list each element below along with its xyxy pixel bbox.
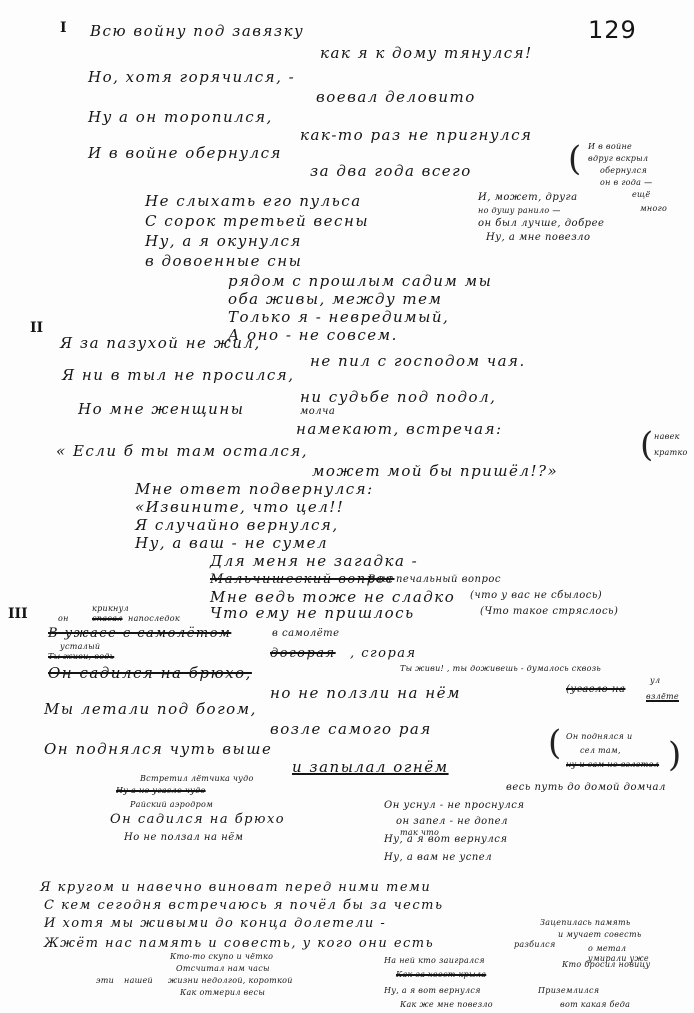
side-line: На ней кто заигрался bbox=[384, 956, 485, 965]
line: «Извините, что цел!! bbox=[135, 498, 344, 516]
annotation: он bbox=[58, 614, 69, 623]
margin-note: И, может, друга bbox=[478, 192, 578, 203]
line: Ну, а я окунулся bbox=[145, 232, 302, 250]
margin-note: И в войне bbox=[588, 142, 632, 151]
line: Ваш печальный вопрос bbox=[368, 574, 501, 585]
line: оба живы, между тем bbox=[228, 290, 442, 308]
annotation: Ну а не угасло чудо bbox=[116, 786, 206, 795]
margin-note: ещё bbox=[632, 190, 650, 199]
line: намекают, встречая: bbox=[296, 420, 503, 438]
line: « Если б ты там остался, bbox=[56, 442, 308, 460]
annotation: напоследок bbox=[128, 614, 180, 623]
line: С кем сегодня встречаюсь я почёл бы за ч… bbox=[44, 898, 444, 913]
annotation: Ты живи, ведь bbox=[48, 652, 114, 661]
side-line: Как отмерил весы bbox=[180, 988, 265, 997]
line: молча bbox=[300, 406, 335, 417]
annotation: усталый bbox=[60, 642, 100, 651]
side-line: Ну, а я вот вернулся bbox=[384, 986, 481, 995]
margin-note: много bbox=[640, 204, 667, 213]
side-line: Зацепилась память bbox=[540, 918, 631, 927]
side-line: эти bbox=[96, 976, 114, 985]
margin-note: Он поднялся и bbox=[566, 732, 632, 741]
line: Для меня не загадка - bbox=[210, 552, 418, 570]
section-marker-2: II bbox=[30, 320, 43, 336]
annotation: Райский аэродром bbox=[130, 800, 213, 809]
margin-note: но душу ранило — bbox=[478, 206, 561, 215]
side-line: и мучает совесть bbox=[558, 930, 642, 939]
line: Ну а он торопился, bbox=[88, 108, 273, 126]
struck-line: В ужасе с самолётом bbox=[48, 626, 231, 641]
line: Но мне женщины bbox=[78, 400, 244, 418]
margin-note: Ну, а мне повезло bbox=[486, 232, 591, 243]
line: Я за пазухой не жил, bbox=[60, 334, 261, 352]
side-line: Отсчитал нам часы bbox=[176, 964, 270, 973]
line: С сорок третьей весны bbox=[145, 212, 369, 230]
side-line: вот какая беда bbox=[560, 1000, 630, 1009]
side-line: жизни недолгой, короткой bbox=[168, 976, 293, 985]
line: И в войне обернулся bbox=[88, 144, 282, 162]
line: Но не ползал на нём bbox=[124, 832, 243, 843]
line: Он поднялся чуть выше bbox=[44, 740, 272, 758]
struck-line: Мальчишеский вопрос bbox=[210, 572, 395, 587]
line: Он уснул - не проснулся bbox=[384, 800, 524, 811]
line: и запылал огнём bbox=[292, 758, 449, 776]
line: , сгорая bbox=[350, 646, 417, 661]
line: Мы летали под богом, bbox=[44, 700, 257, 718]
side-line: Приземлился bbox=[538, 986, 599, 995]
line: он запел - не допел bbox=[396, 816, 508, 827]
margin-note: (Что такое стряслось) bbox=[480, 606, 618, 617]
side-line: разбился bbox=[514, 940, 556, 949]
line: Он садился на брюхо bbox=[110, 812, 285, 827]
margin-note: он был лучше, добрее bbox=[478, 218, 604, 229]
line: Всю войну под завязку bbox=[90, 22, 304, 40]
line: но не ползли на нём bbox=[270, 684, 461, 702]
annotation: Ты живи! , ты доживешь - думалось сквозь bbox=[400, 664, 601, 673]
section-marker-1: I bbox=[60, 20, 67, 36]
margin-note: (что у вас не сбылось) bbox=[470, 590, 602, 601]
annotation: ул bbox=[650, 676, 660, 685]
margin-note: кратко bbox=[654, 448, 688, 457]
line: Я ни в тыл не просился, bbox=[62, 366, 294, 384]
line: Не слыхать его пульса bbox=[145, 192, 362, 210]
annotation: (угасло на bbox=[566, 684, 625, 695]
line: как-то раз не пригнулся bbox=[300, 126, 532, 144]
margin-note: вдруг вскрыл bbox=[588, 154, 648, 163]
side-line: умирали уже bbox=[588, 954, 649, 963]
line: Ну, а вам не успел bbox=[384, 852, 492, 863]
line: Что ему не пришлось bbox=[210, 604, 415, 622]
margin-note: он в года — bbox=[600, 178, 652, 187]
line: Ну, а ваш - не сумел bbox=[135, 534, 328, 552]
side-line: о метал bbox=[588, 944, 626, 953]
line: как я к дому тянулся! bbox=[320, 44, 533, 62]
line: ни судьбе под подол, bbox=[300, 388, 496, 406]
margin-note: ну и сам не взлетел bbox=[566, 760, 659, 769]
struck-line: догорая bbox=[270, 646, 336, 661]
margin-note: обернулся bbox=[600, 166, 647, 175]
side-line: Как за хвост крыла bbox=[396, 970, 486, 979]
line: за два года всего bbox=[310, 162, 472, 180]
line: Я случайно вернулся, bbox=[135, 516, 339, 534]
line: в довоенные сны bbox=[145, 252, 302, 270]
line: Я кругом и навечно виноват перед ними те… bbox=[40, 880, 431, 895]
struck-line: Он садился на брюхо, bbox=[48, 664, 252, 682]
line: Мне ответ подвернулся: bbox=[135, 480, 374, 498]
line: И хотя мы живыми до конца долетели - bbox=[44, 916, 386, 931]
line: возле самого рая bbox=[270, 720, 432, 738]
annotation: Встретил лётчика чудо bbox=[140, 774, 254, 783]
annotation: спасал bbox=[92, 614, 123, 623]
line: Жжёт нас память и совесть, у кого они ес… bbox=[44, 936, 434, 951]
annotation: весь путь до домой домчал bbox=[506, 782, 666, 793]
line: Только я - невредимый, bbox=[228, 308, 449, 326]
annotation: крикнул bbox=[92, 604, 129, 613]
line: Но, хотя горячился, - bbox=[88, 68, 295, 86]
annotation: взлёте bbox=[646, 692, 679, 701]
section-marker-3: III bbox=[8, 606, 28, 622]
margin-note: сел там, bbox=[580, 746, 621, 755]
margin-note: навек bbox=[654, 432, 680, 441]
line: рядом с прошлым садим мы bbox=[228, 272, 492, 290]
side-line: Кто-то скупо и чётко bbox=[170, 952, 273, 961]
line: в самолёте bbox=[272, 628, 340, 639]
line: воевал деловито bbox=[316, 88, 476, 106]
line: Ну, а я вот вернулся bbox=[384, 834, 507, 845]
side-line: Как же мне повезло bbox=[400, 1000, 493, 1009]
line: может мой бы пришёл!?» bbox=[312, 462, 558, 480]
side-line: нашей bbox=[124, 976, 153, 985]
page-number: 129 bbox=[588, 16, 637, 44]
line: не пил с господом чая. bbox=[310, 352, 526, 370]
